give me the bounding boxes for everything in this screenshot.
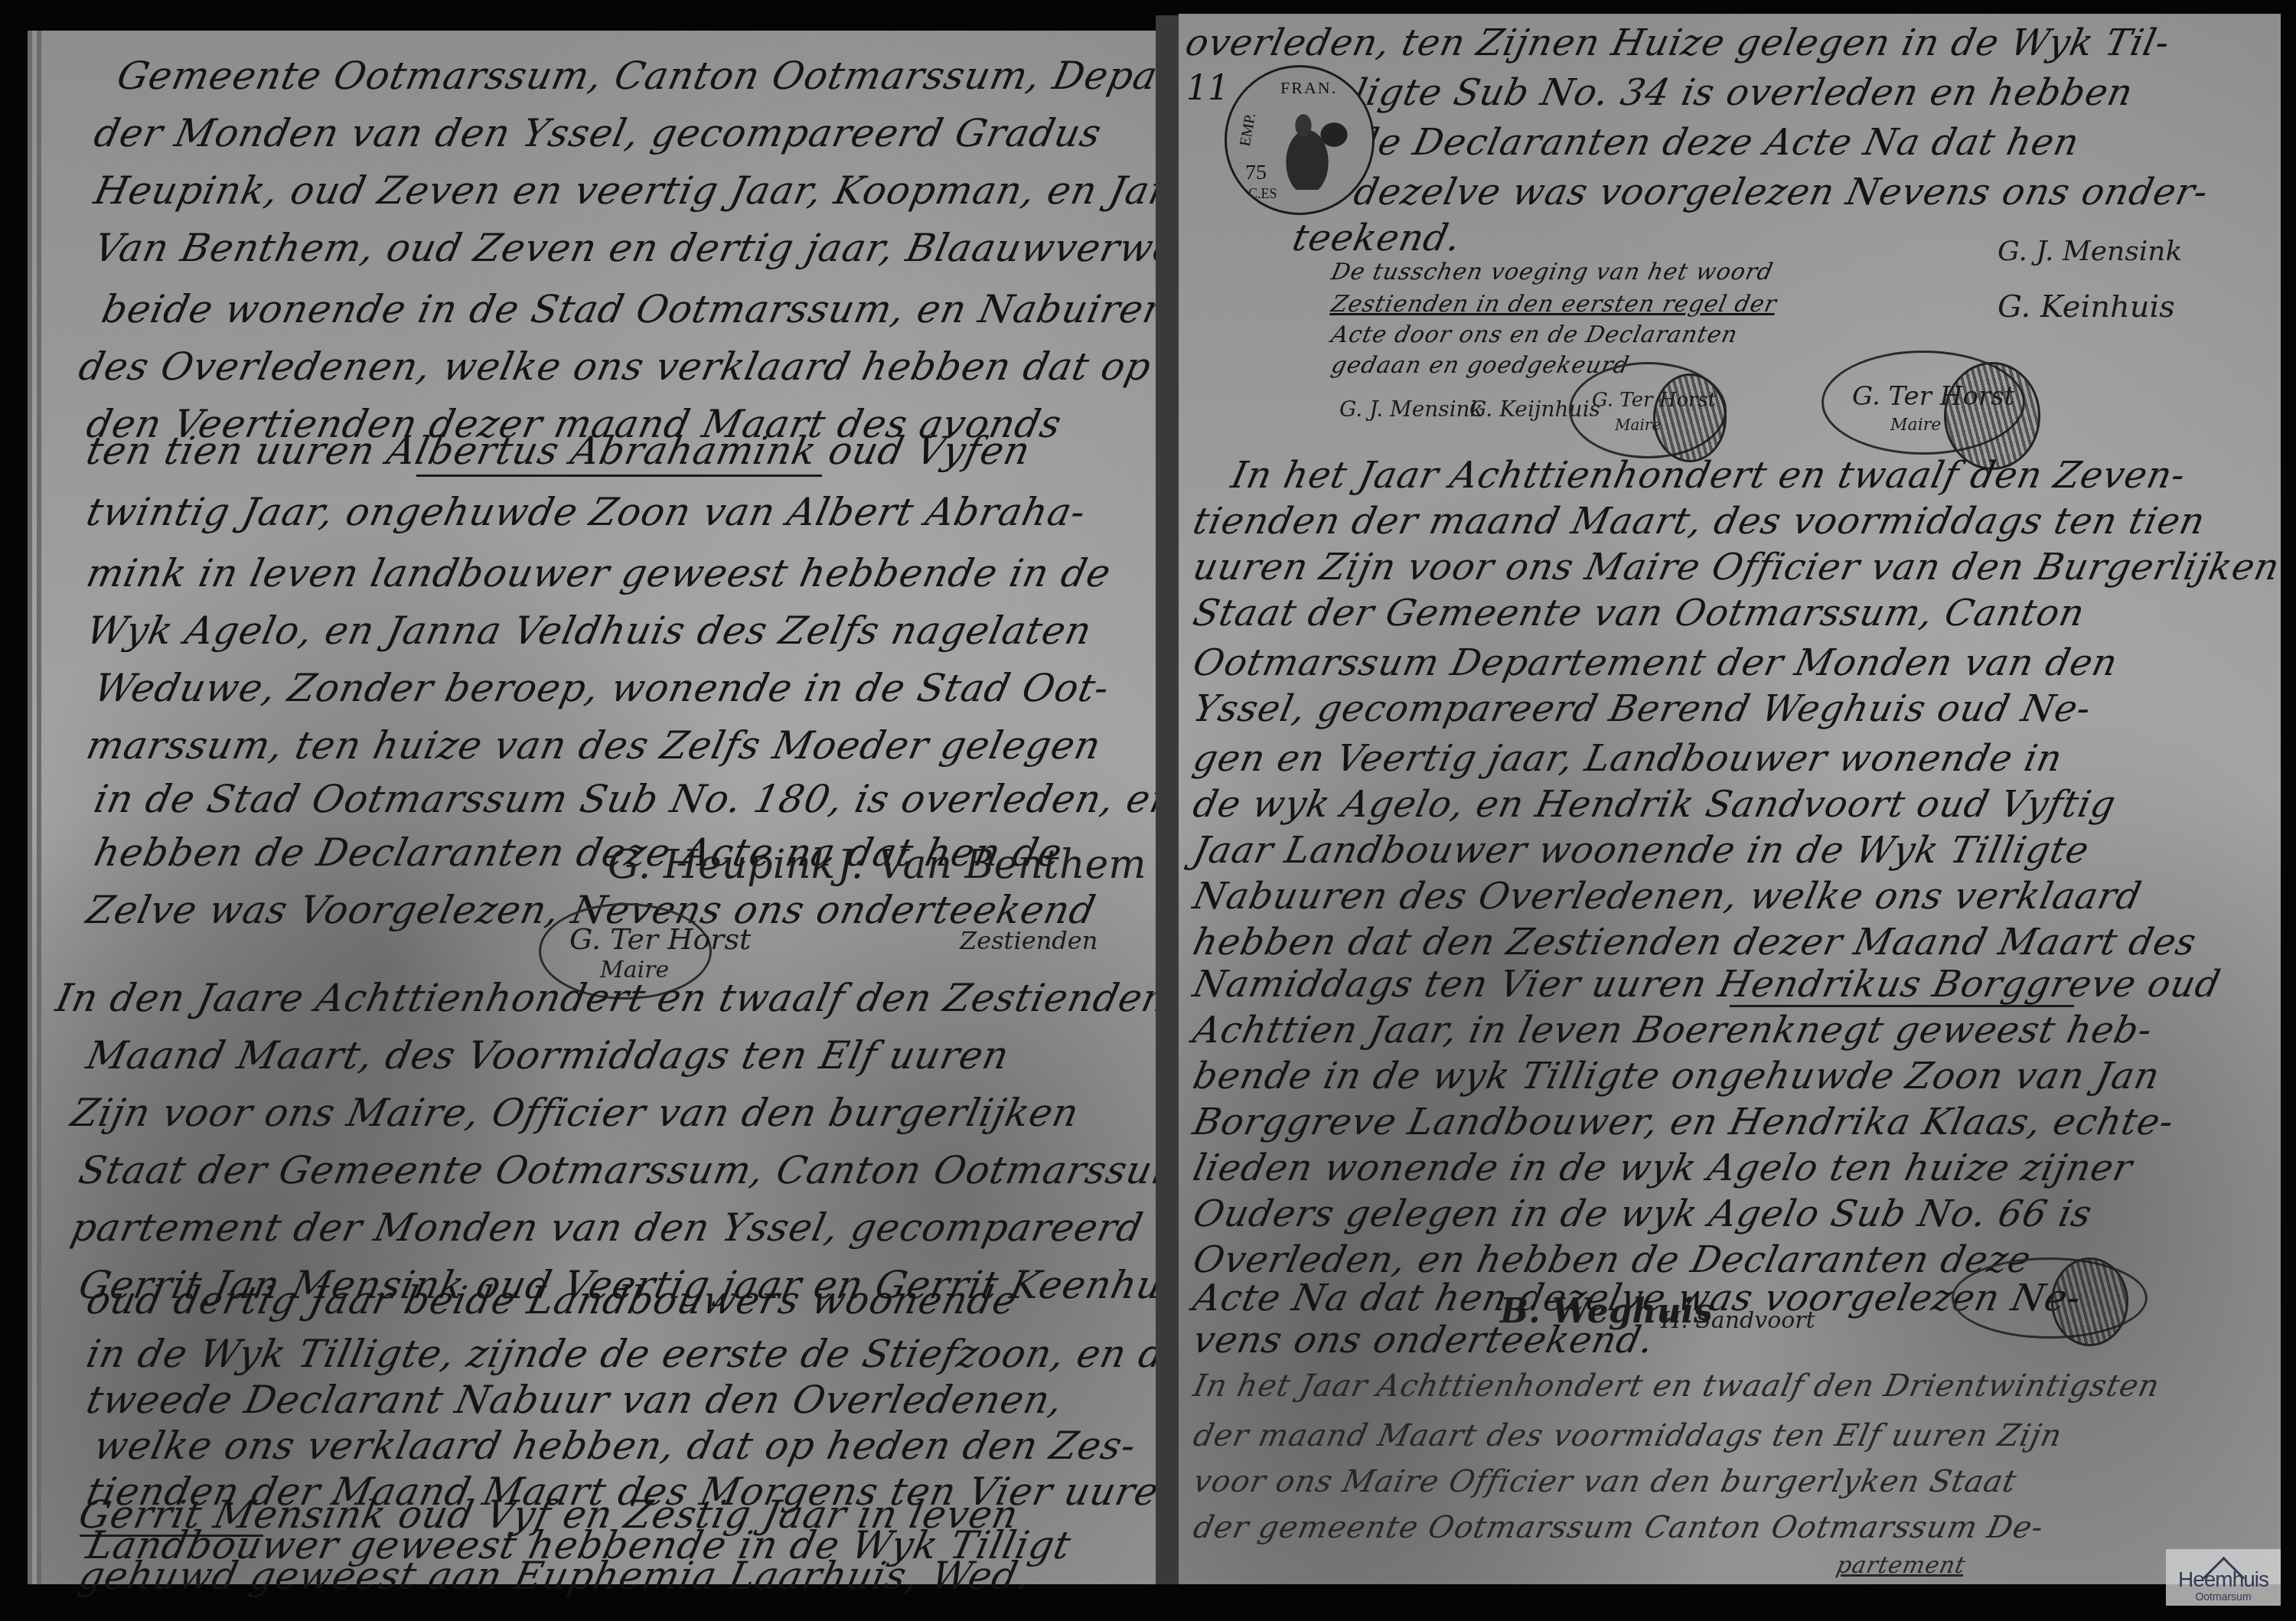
text-line: Weduwe, Zonder beroep, wonende in de Sta…	[90, 666, 1114, 710]
text-line: voor ons Maire Officier van den burgerly…	[1190, 1464, 2020, 1499]
text-line: gehuwd geweest aan Euphemia Laarhuis, We…	[75, 1554, 1035, 1598]
text-line: in de Wyk Tilligte, zijnde de eerste de …	[83, 1332, 1193, 1376]
margin-mark: 11	[1186, 69, 1229, 108]
french-tax-stamp: FRAN. EMP. 75 C.ES	[1225, 65, 1375, 215]
text-line: lieden wonende in de wyk Agelo ten huize…	[1189, 1146, 2136, 1189]
text-line: Zijn voor ons Maire, Officier van den bu…	[67, 1091, 1083, 1135]
page-gutter	[1156, 15, 1179, 1584]
text-line: ten tien uuren Albertus Abrahamink oud V…	[83, 429, 1035, 473]
text-line: Jaar Landbouwer woonende in de Wyk Tilli…	[1189, 829, 2093, 872]
text-line: Achttien Jaar, in leven Boerenknegt gewe…	[1189, 1009, 2157, 1052]
correction-note-line: gedaan en goedgekeurd	[1329, 352, 1632, 379]
signature-sandvoort: H. Sandvoort	[1661, 1307, 1815, 1334]
mayor-seal-ink	[1653, 373, 1727, 462]
text-line: in de Stad Ootmarssum Sub No. 180, is ov…	[90, 777, 1181, 821]
text-line: Wyk Agelo, en Janna Veldhuis des Zelfs n…	[83, 608, 1096, 653]
text-line: In het Jaar Achttienhondert en twaalf de…	[1228, 454, 2190, 497]
text-line: der maand Maart des voormiddags ten Elf …	[1190, 1418, 2065, 1453]
text-line: Gemeente Ootmarssum, Canton Ootmarssum, …	[113, 54, 1322, 98]
signature-van-benthem: J: Van Benthem	[837, 842, 1146, 888]
text-line: beide wonende in de Stad Ootmarssum, en …	[98, 287, 1174, 331]
correction-note-line: Zestienden in den eersten regel der	[1329, 291, 1779, 318]
stamp-unit: C.ES	[1248, 186, 1277, 202]
text-line: Maand Maart, des Voormiddags ten Elf uur…	[83, 1033, 1013, 1078]
seated-figure-icon	[1273, 98, 1349, 190]
mayor-signature: G. Ter Horst	[569, 922, 751, 956]
text-line: teekend.	[1289, 217, 1465, 259]
text-line: Overleden, en hebben de Declaranten deze	[1189, 1238, 2035, 1281]
text-line: overleden, ten Zijnen Huize gelegen in d…	[1182, 21, 2174, 64]
signature-mensink: G. J. Mensink	[1998, 236, 2182, 267]
mayor-title: Maire	[1615, 416, 1661, 434]
name-underline	[1730, 1005, 2074, 1007]
text-line: Ouders gelegen in de wyk Agelo Sub No. 6…	[1189, 1192, 2096, 1235]
text-line: uuren Zijn voor ons Maire Officier van d…	[1189, 546, 2284, 589]
text-line: tienden der maand Maart, des voormiddags…	[1189, 500, 2210, 543]
text-line: ligte Sub No. 34 is overleden en hebben	[1350, 71, 2137, 114]
stamp-value: 75	[1245, 161, 1267, 185]
signature-heupink: G. Heupink	[608, 842, 835, 888]
signature-keinhuis: G. Keinhuis	[1998, 289, 2175, 325]
text-line: dezelve was voorgelezen Nevens ons onder…	[1350, 171, 2213, 214]
heemhuis-watermark: Heemhuis Ootmarsum	[2166, 1549, 2281, 1606]
mayor-signature: G. Ter Horst	[1852, 381, 2014, 412]
text-line: de Declaranten deze Acte Na dat hen	[1350, 121, 2083, 164]
text-line: Ootmarssum Departement der Monden van de…	[1189, 641, 2122, 684]
text-line: der gemeente Ootmarssum Canton Ootmarssu…	[1190, 1510, 2047, 1545]
stamp-top-text: FRAN.	[1280, 78, 1337, 98]
text-line: Van Benthem, oud Zeven en dertig jaar, B…	[90, 226, 1201, 270]
inserted-word-annotation: Zestienden	[960, 926, 1097, 955]
signature-mensink-2: G. J. Mensink	[1339, 396, 1483, 422]
correction-note-line: Acte door ons en de Declaranten	[1329, 321, 1740, 348]
text-line: Namiddags ten Vier uuren Hendrikus Borgg…	[1189, 963, 2224, 1006]
text-line: hebben dat den Zestienden dezer Maand Ma…	[1189, 921, 2200, 964]
mayor-seal-ink	[2051, 1257, 2128, 1346]
left-page: Gemeente Ootmarssum, Canton Ootmarssum, …	[28, 31, 1176, 1584]
text-line: mink in leven landbouwer geweest hebbend…	[83, 551, 1115, 595]
text-line: twintig Jaar, ongehuwde Zoon van Albert …	[83, 490, 1090, 534]
correction-note-line: De tusschen voeging van het woord	[1329, 259, 1776, 285]
text-line: gen en Veertig jaar, Landbouwer wonende …	[1189, 737, 2066, 780]
text-line: Yssel, gecompareerd Berend Weghuis oud N…	[1189, 687, 2095, 730]
text-line: Heupink, oud Zeven en veertig Jaar, Koop…	[90, 168, 1180, 213]
right-page: overleden, ten Zijnen Huize gelegen in d…	[1179, 14, 2281, 1584]
mayor-title: Maire	[1890, 416, 1941, 435]
text-line: marssum, ten huize van des Zelfs Moeder …	[83, 723, 1105, 768]
stamp-side-text: EMP.	[1237, 112, 1260, 148]
text-line: partement	[1834, 1552, 1968, 1579]
text-line: Staat der Gemeente Ootmarssum, Canton Oo…	[75, 1148, 1289, 1192]
text-line: de wyk Agelo, en Hendrik Sandvoort oud V…	[1189, 783, 2120, 826]
text-line: oud dertig Jaar beide Landbouwers woonen…	[83, 1278, 1022, 1323]
text-line: welke ons verklaard hebben, dat op heden…	[90, 1424, 1140, 1468]
text-line: Nabuuren des Overledenen, welke ons verk…	[1189, 875, 2145, 918]
text-line: bende in de wyk Tilligte ongehuwde Zoon …	[1189, 1055, 2164, 1098]
text-line: der Monden van den Yssel, gecompareerd G…	[90, 111, 1106, 155]
text-line: In het Jaar Achttienhondert en twaalf de…	[1190, 1368, 2163, 1404]
text-line: In den Jaare Achttienhondert en twaalf d…	[52, 976, 1254, 1020]
text-line: Borggreve Landbouwer, en Hendrika Klaas,…	[1189, 1101, 2177, 1143]
text-line: partement der Monden van den Yssel, geco…	[67, 1205, 1147, 1250]
mayor-signature: G. Ter Horst	[1592, 389, 1716, 412]
text-line: des Overledenen, welke ons verklaard heb…	[75, 344, 1156, 389]
name-underline	[416, 475, 822, 477]
text-line: Staat der Gemeente van Ootmarssum, Canto…	[1189, 592, 2089, 634]
text-line: tweede Declarant Nabuur van den Overlede…	[83, 1378, 1068, 1422]
